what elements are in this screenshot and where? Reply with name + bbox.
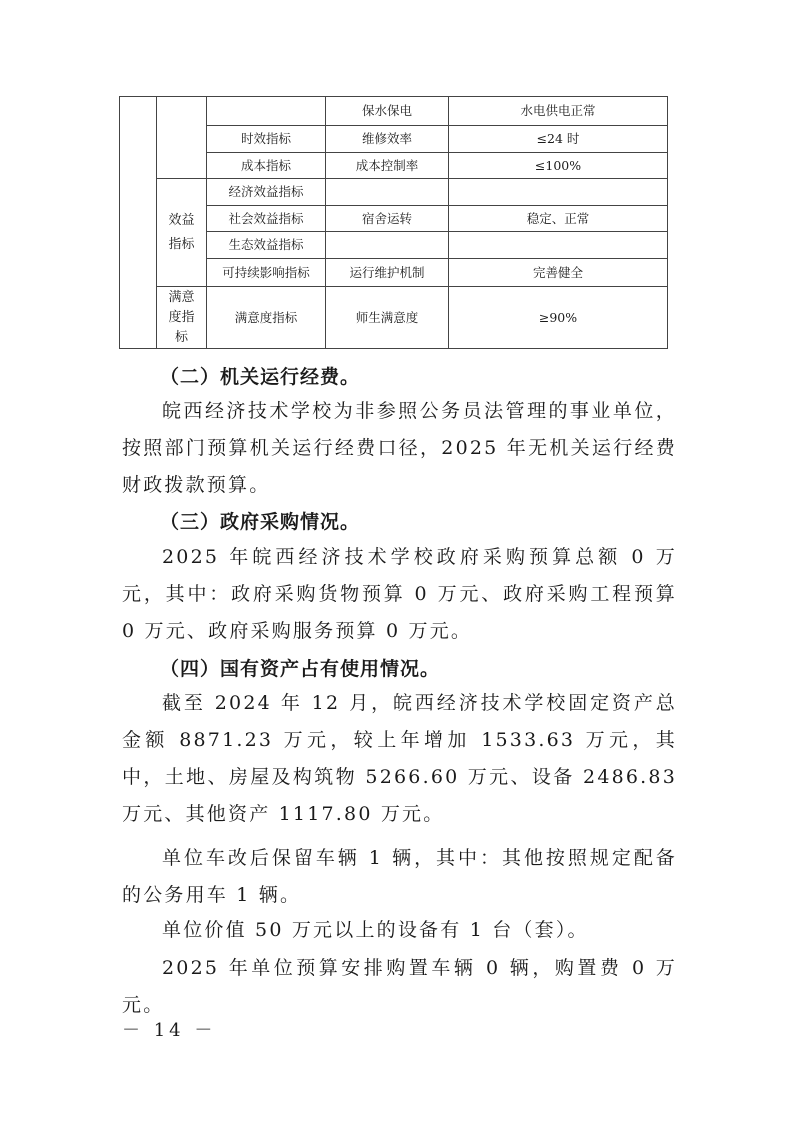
table-cell: 可持续影响指标 xyxy=(207,259,326,287)
table-cell: 完善健全 xyxy=(449,259,668,287)
table-cell: ≤24 时 xyxy=(449,126,668,153)
paragraph: 2025 年皖西经济技术学校政府采购预算总额 0 万元，其中：政府采购货物预算 … xyxy=(122,539,677,650)
table-cell-benefit-group: 效益指标 xyxy=(157,179,207,287)
table-cell: 满意度指标 xyxy=(207,287,326,349)
paragraph: 单位价值 50 万元以上的设备有 1 台（套）。 xyxy=(122,912,677,949)
table-cell-satisfaction-group: 满意度指标 xyxy=(157,287,207,349)
table-cell: 运行维护机制 xyxy=(326,259,449,287)
table-cell: 经济效益指标 xyxy=(207,179,326,206)
page-number: － 14 － xyxy=(122,1016,216,1042)
table-cell: 稳定、正常 xyxy=(449,206,668,232)
performance-indicator-table: 保水保电 水电供电正常 时效指标 维修效率 ≤24 时 成本指标 成本控制率 ≤… xyxy=(119,96,668,349)
paragraph: 截至 2024 年 12 月，皖西经济技术学校固定资产总金额 8871.23 万… xyxy=(122,685,677,833)
paragraph: 2025 年单位预算安排购置车辆 0 辆，购置费 0 万元。 xyxy=(122,950,677,1024)
table-cell xyxy=(449,232,668,259)
table-cell: 社会效益指标 xyxy=(207,206,326,232)
table-cell: 宿舍运转 xyxy=(326,206,449,232)
section-heading-procurement: （三）政府采购情况。 xyxy=(160,507,360,537)
paragraph: 皖西经济技术学校为非参照公务员法管理的事业单位，按照部门预算机关运行经费口径，2… xyxy=(122,393,677,504)
group-label: 效益指标 xyxy=(168,213,194,252)
table-cell: 维修效率 xyxy=(326,126,449,153)
table-cell-level1 xyxy=(120,97,157,349)
section-heading-operating-costs: （二）机关运行经费。 xyxy=(160,362,360,392)
table-cell: 成本控制率 xyxy=(326,153,449,179)
table-cell-level2-output xyxy=(157,97,207,179)
table-cell xyxy=(326,179,449,206)
table-cell: ≤100% xyxy=(449,153,668,179)
table-cell xyxy=(207,97,326,126)
table-cell: 生态效益指标 xyxy=(207,232,326,259)
table-cell: 师生满意度 xyxy=(326,287,449,349)
table-cell: 保水保电 xyxy=(326,97,449,126)
paragraph: 单位车改后保留车辆 1 辆，其中：其他按照规定配备的公务用车 1 辆。 xyxy=(122,840,677,914)
table-cell: 成本指标 xyxy=(207,153,326,179)
table-cell: 时效指标 xyxy=(207,126,326,153)
section-heading-assets: （四）国有资产占有使用情况。 xyxy=(160,654,440,684)
group-label: 满意度指标 xyxy=(168,290,194,345)
table-cell xyxy=(449,179,668,206)
table-cell xyxy=(326,232,449,259)
table-cell: ≥90% xyxy=(449,287,668,349)
table-cell: 水电供电正常 xyxy=(449,97,668,126)
